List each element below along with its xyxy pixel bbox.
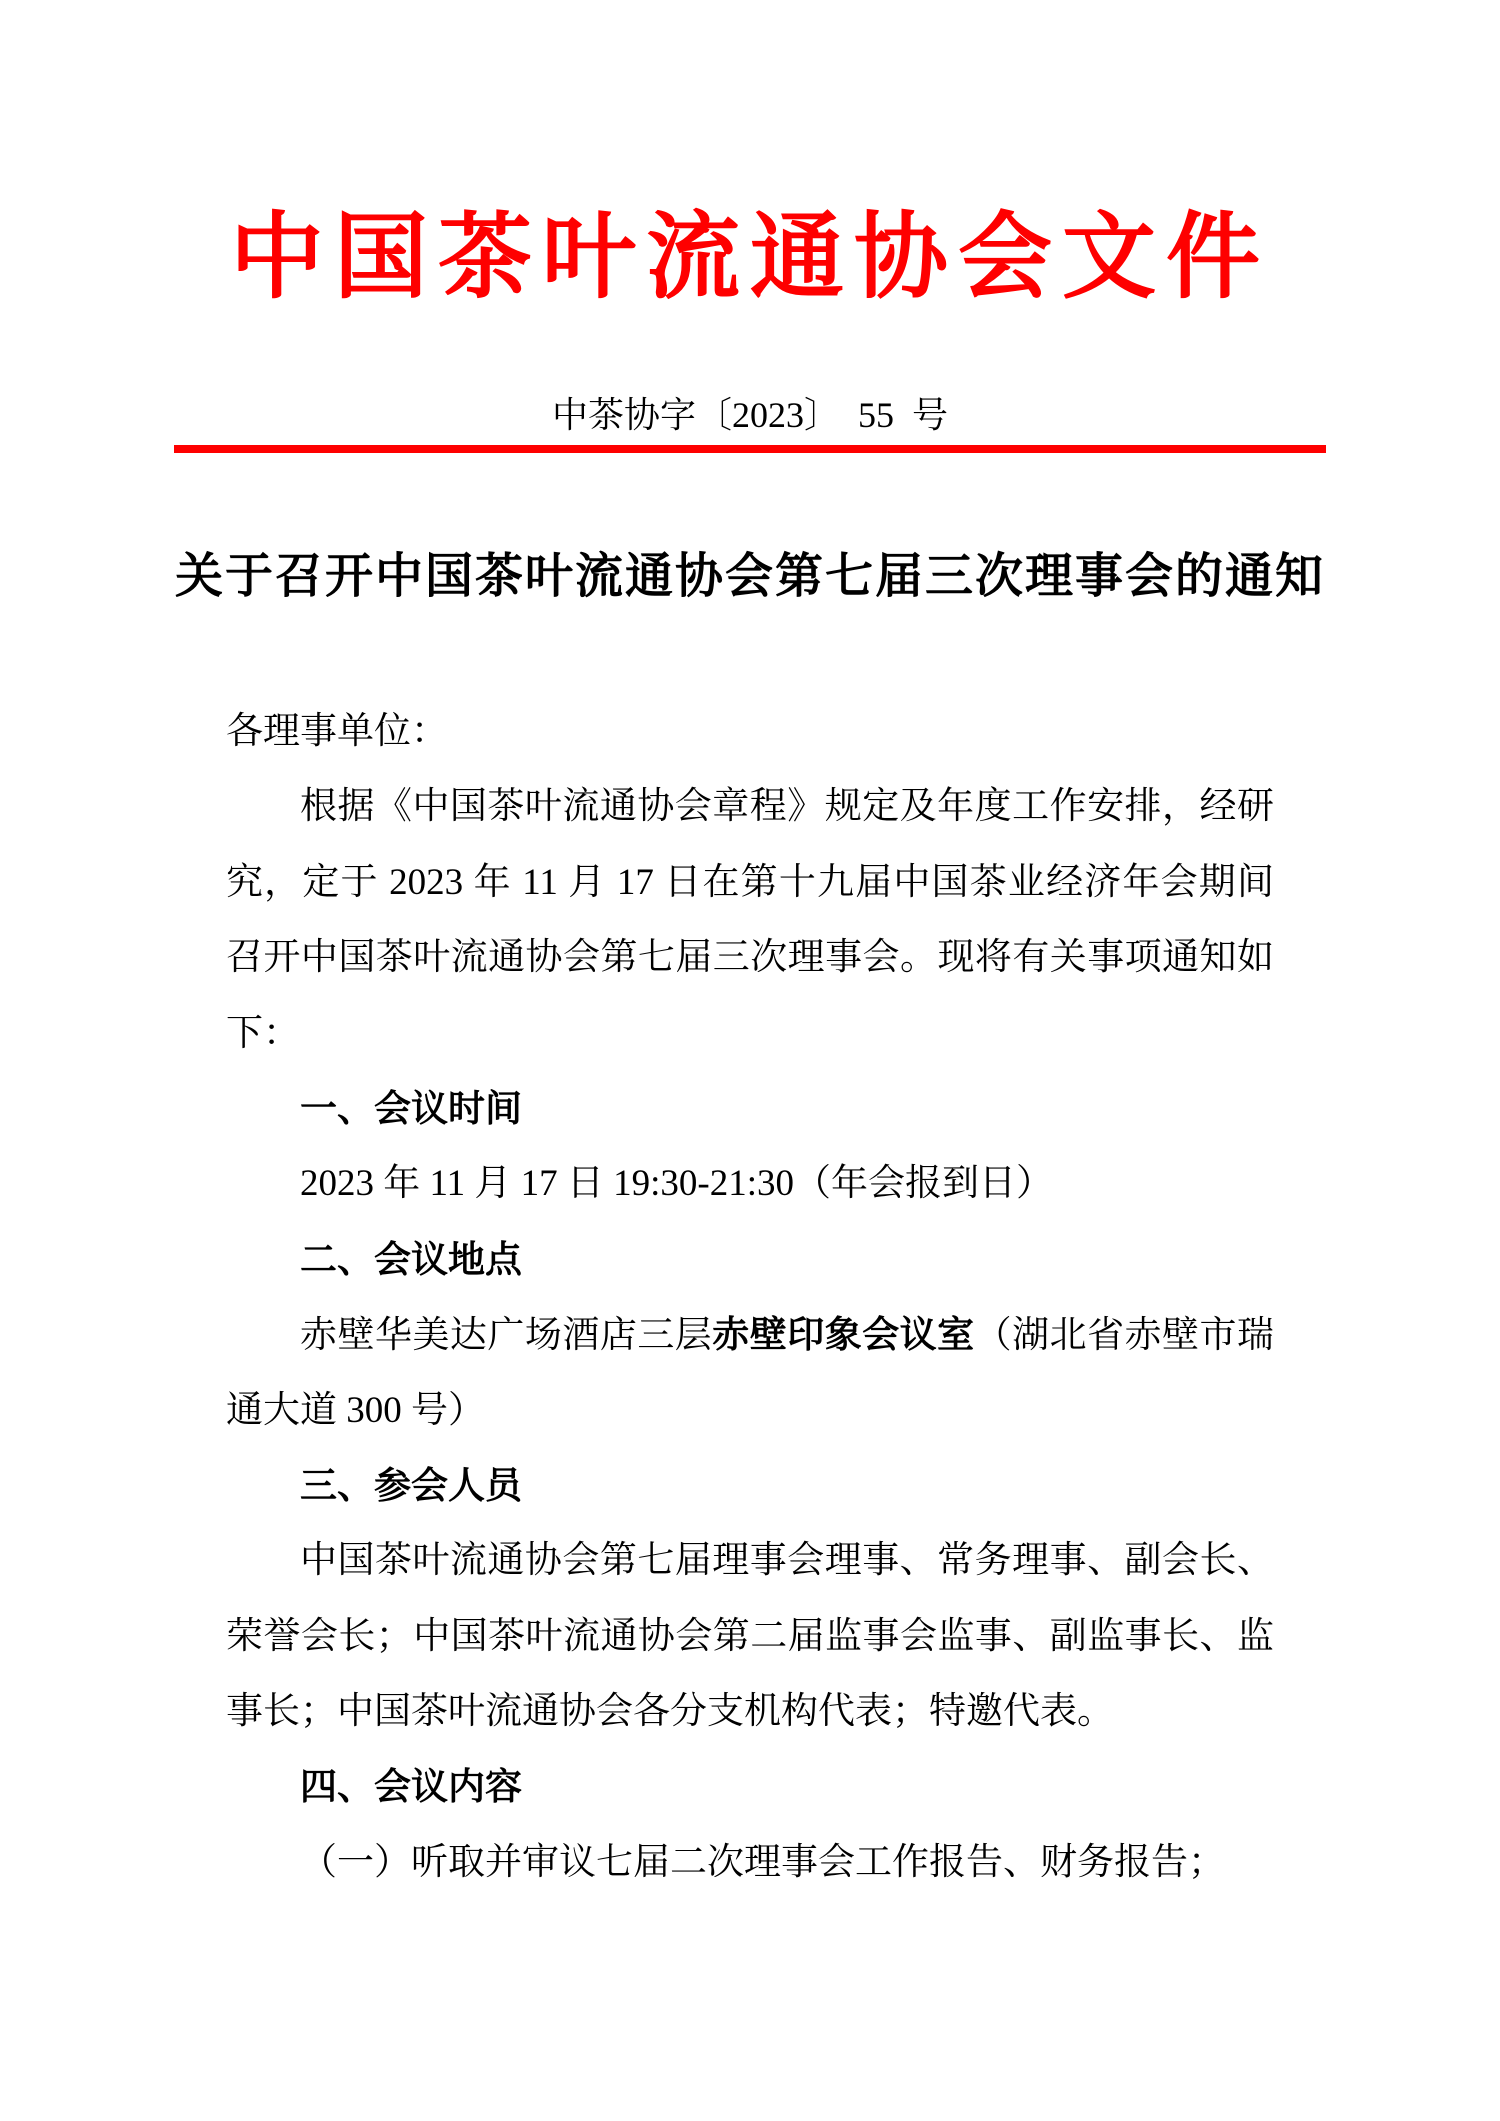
document-title: 关于召开中国茶叶流通协会第七届三次理事会的通知 <box>0 550 1500 604</box>
venue-address-text: （湖北省赤壁市瑞 <box>975 1315 1274 1356</box>
agenda-item-line-1: （一）听取并审议七届二次理事会工作报告、财务报告； <box>226 1825 1274 1900</box>
meeting-time-line: 2023 年 11 月 17 日 19:30-21:30（年会报到日） <box>226 1146 1274 1221</box>
venue-text-normal: 赤壁华美达广场酒店三层 <box>300 1315 712 1356</box>
venue-line: 赤壁华美达广场酒店三层赤壁印象会议室（湖北省赤壁市瑞 <box>226 1297 1274 1372</box>
salutation-line: 各理事单位： <box>226 694 1274 769</box>
attendees-line-1: 中国茶叶流通协会第七届理事会理事、常务理事、副会长、 <box>226 1523 1274 1598</box>
attendees-line-3: 事长；中国茶叶流通协会各分支机构代表；特邀代表。 <box>226 1674 1274 1749</box>
red-divider-line <box>174 445 1326 453</box>
intro-paragraph-line-3: 召开中国茶叶流通协会第七届三次理事会。现将有关事项通知如 <box>226 920 1274 995</box>
document-header-title: 中国茶叶流通协会文件 <box>0 208 1500 308</box>
section-heading-meeting-venue: 二、会议地点 <box>226 1222 1274 1297</box>
document-page: 中国茶叶流通协会文件 中茶协字〔2023〕 55 号 关于召开中国茶叶流通协会第… <box>0 0 1500 2121</box>
document-number: 中茶协字〔2023〕 55 号 <box>0 394 1500 436</box>
attendees-line-2: 荣誉会长；中国茶叶流通协会第二届监事会监事、副监事长、监 <box>226 1599 1274 1674</box>
section-heading-attendees: 三、参会人员 <box>226 1448 1274 1523</box>
document-body: 各理事单位： 根据《中国茶叶流通协会章程》规定及年度工作安排，经研 究，定于 2… <box>226 694 1274 1900</box>
venue-continuation-line: 通大道 300 号） <box>226 1373 1274 1448</box>
section-heading-meeting-content: 四、会议内容 <box>226 1749 1274 1824</box>
section-heading-meeting-time: 一、会议时间 <box>226 1071 1274 1146</box>
venue-room-name-bold: 赤壁印象会议室 <box>712 1314 974 1355</box>
intro-paragraph-line-4: 下： <box>226 996 1274 1071</box>
intro-paragraph-line-1: 根据《中国茶叶流通协会章程》规定及年度工作安排，经研 <box>226 769 1274 844</box>
intro-paragraph-line-2: 究，定于 2023 年 11 月 17 日在第十九届中国茶业经济年会期间 <box>226 845 1274 920</box>
